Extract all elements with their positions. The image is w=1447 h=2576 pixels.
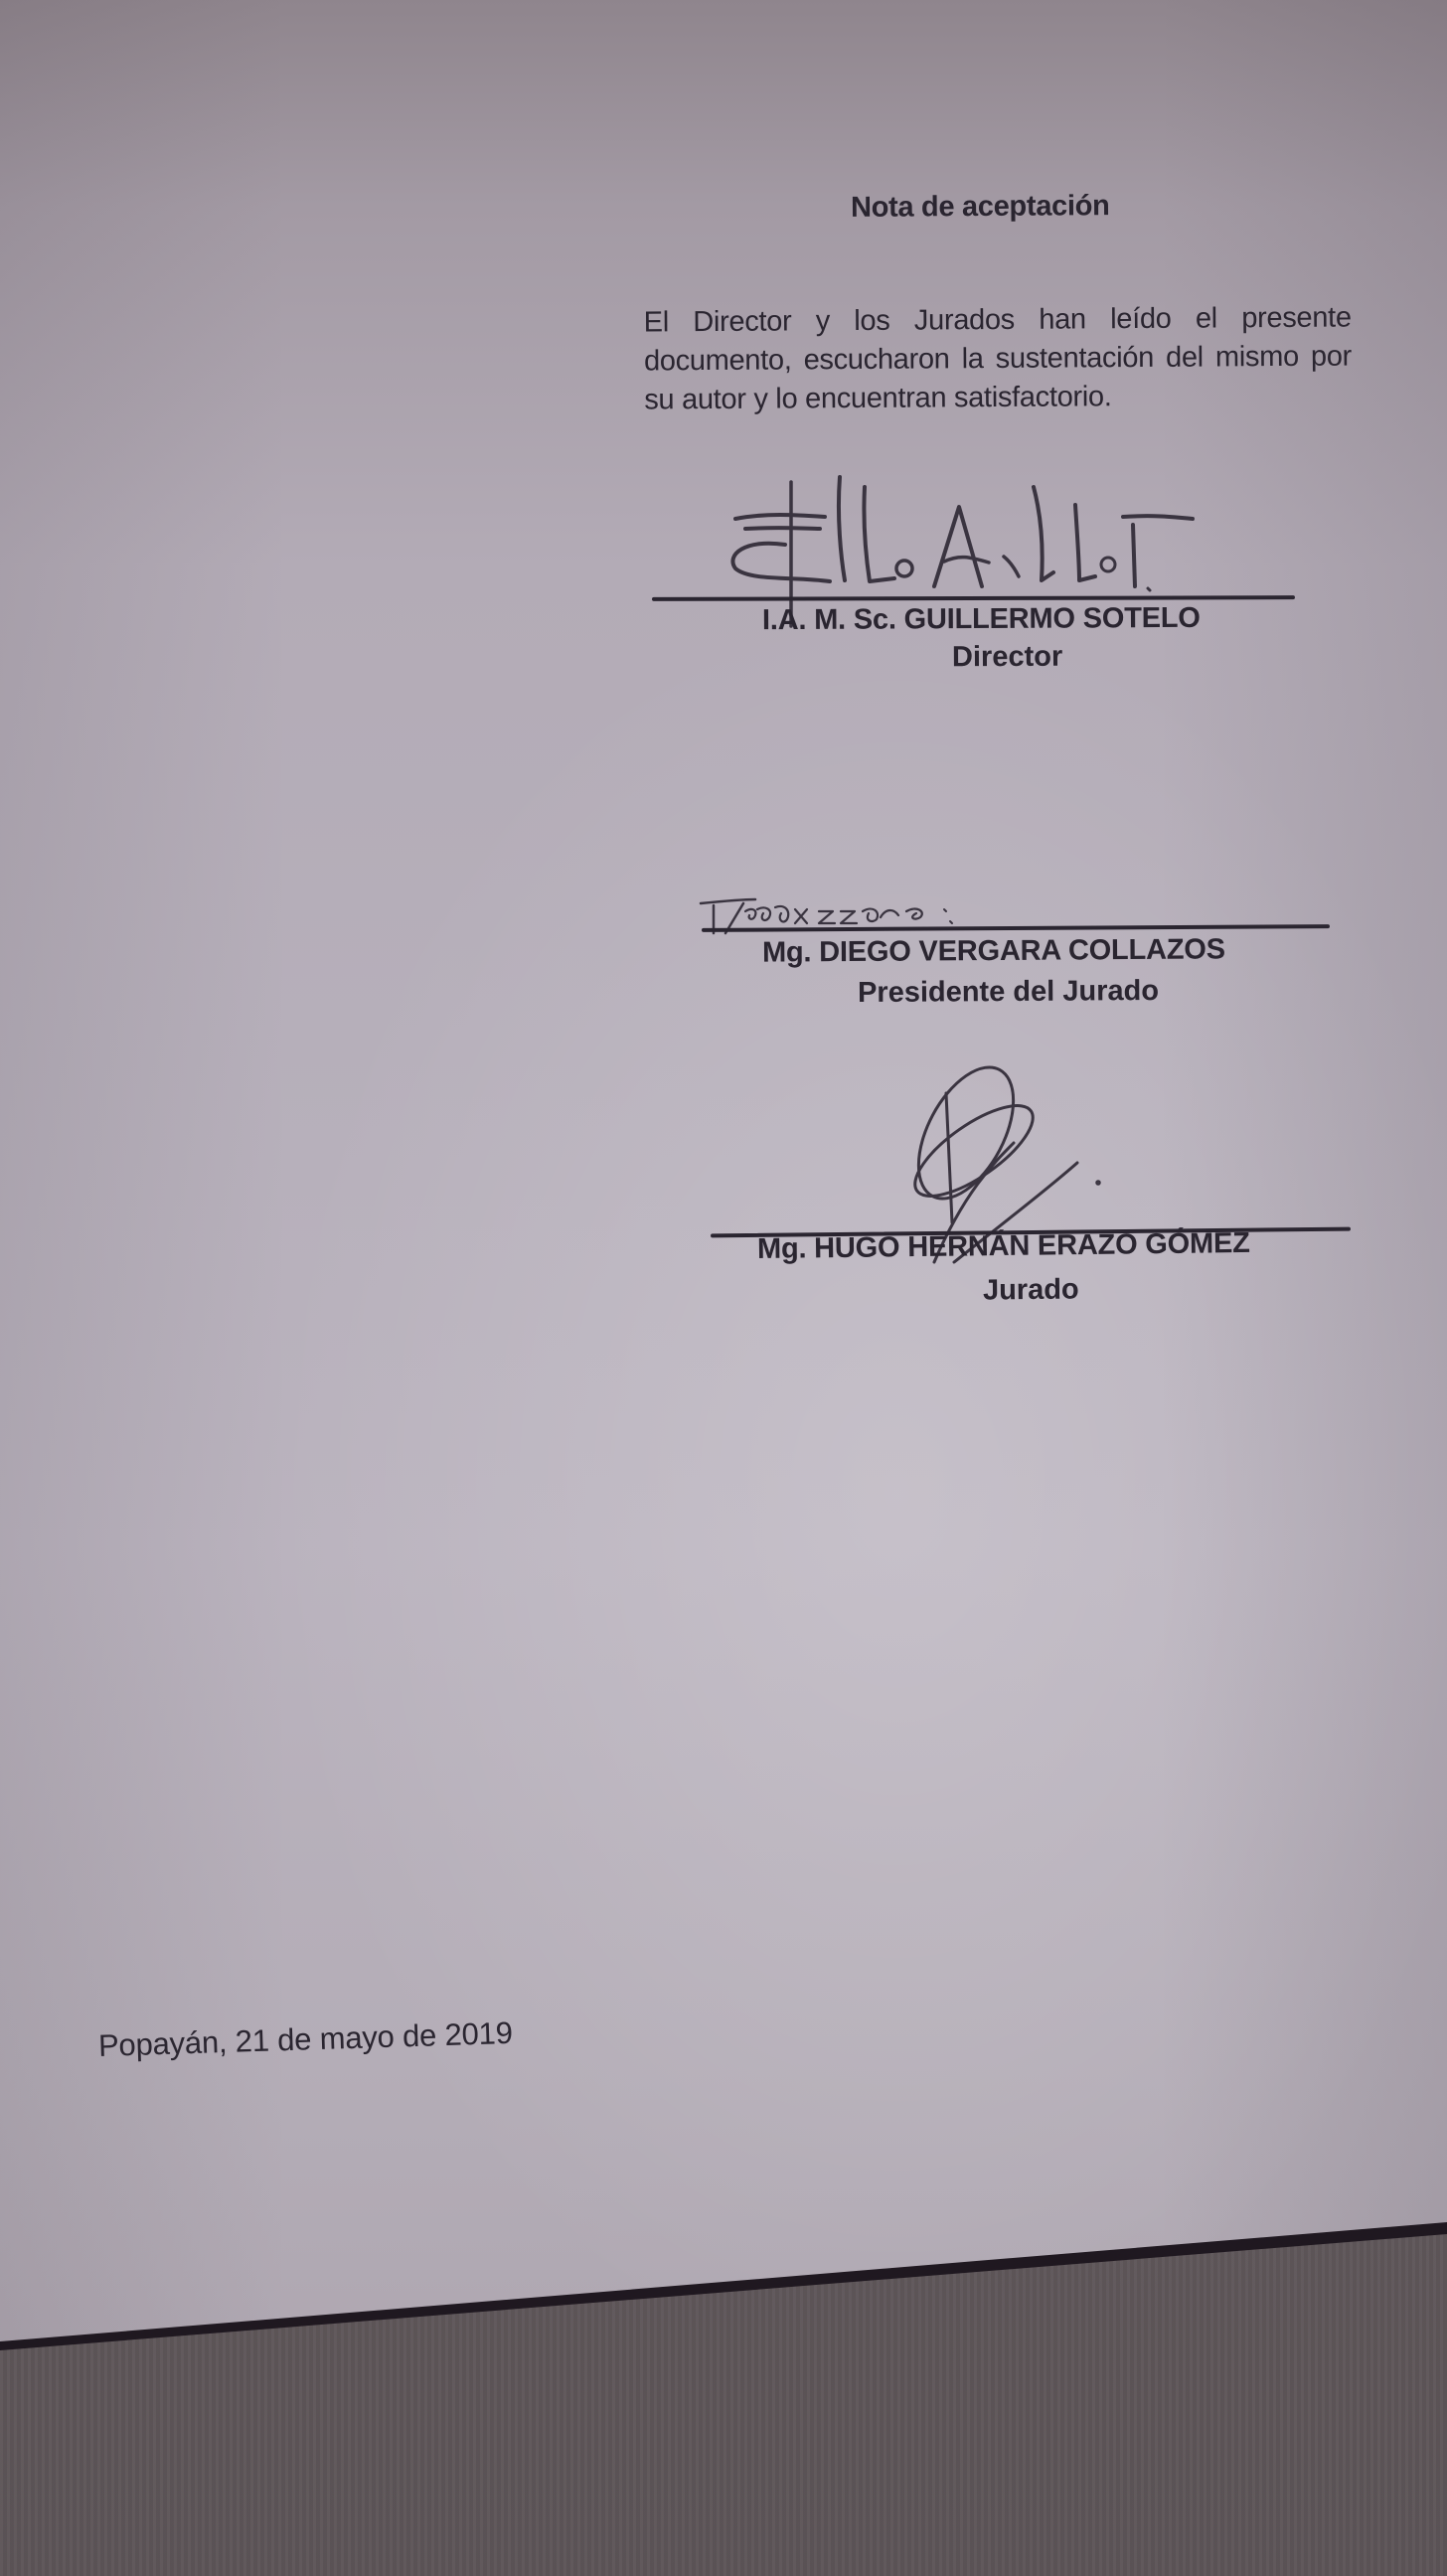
paper-sheet: Nota de aceptación El Director y los Jur… bbox=[0, 0, 1447, 2576]
signatory-name: I.A. M. Sc. GUILLERMO SOTELO bbox=[762, 602, 1201, 637]
signature-jurado-icon bbox=[894, 1063, 1153, 1262]
signatory-role: Presidente del Jurado bbox=[858, 975, 1159, 1010]
document-title: Nota de aceptación bbox=[851, 190, 1110, 225]
place-date: Popayán, 21 de mayo de 2019 bbox=[97, 2015, 513, 2064]
signatory-name: Mg. HUGO HERNÁN ERAZO GÓMEZ bbox=[757, 1227, 1250, 1266]
signature-line bbox=[652, 595, 1295, 601]
signature-line bbox=[711, 1227, 1351, 1238]
signature-presidente-icon bbox=[696, 889, 1053, 949]
signature-director-icon bbox=[706, 477, 1222, 626]
signature-line bbox=[702, 924, 1330, 932]
acceptance-paragraph: El Director y los Jurados han leído el p… bbox=[644, 299, 1353, 420]
signatory-role: Director bbox=[952, 641, 1062, 675]
signatory-role: Jurado bbox=[983, 1273, 1079, 1307]
signatory-name: Mg. DIEGO VERGARA COLLAZOS bbox=[762, 933, 1225, 969]
